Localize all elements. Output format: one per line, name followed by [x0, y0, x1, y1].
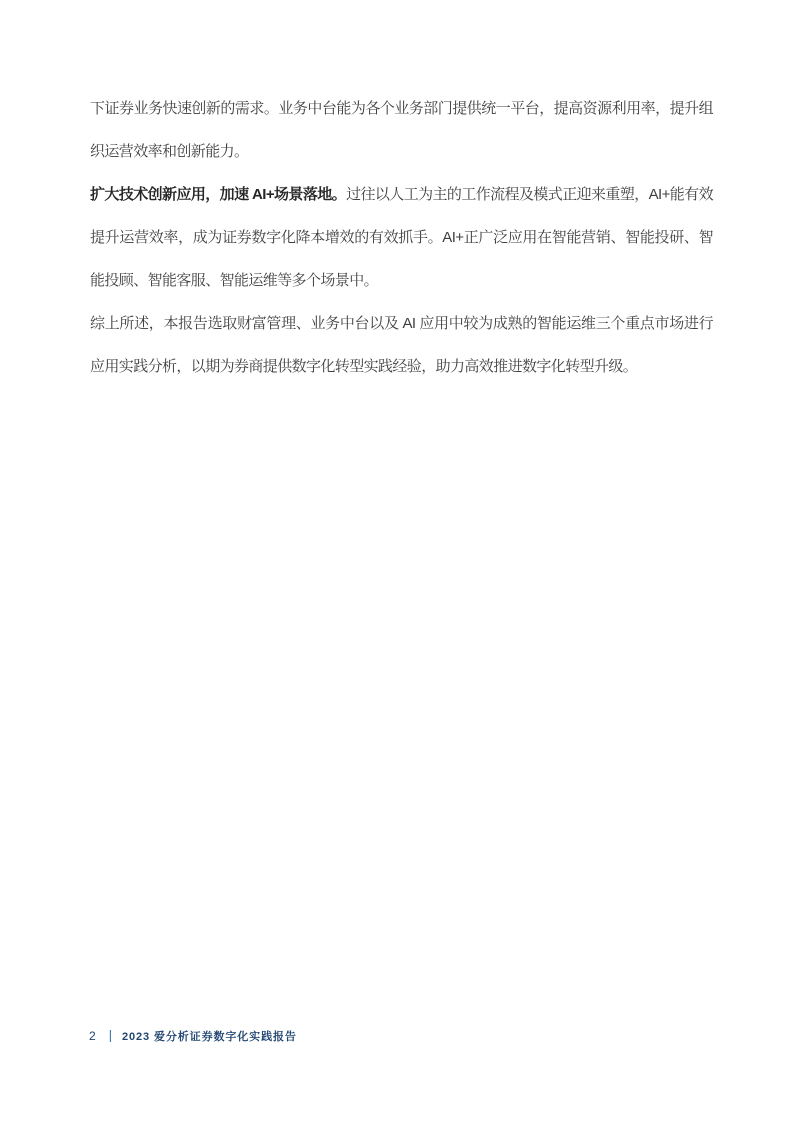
footer-report-title: 2023 爱分析证券数字化实践报告	[122, 1028, 297, 1044]
paragraph: 下证券业务快速创新的需求。业务中台能为各个业务部门提供统一平台，提高资源利用率，…	[90, 87, 713, 173]
paragraph: 扩大技术创新应用，加速 AI+场景落地。过往以人工为主的工作流程及模式正迎来重塑…	[90, 173, 713, 302]
paragraph-text: 下证券业务快速创新的需求。业务中台能为各个业务部门提供统一平台，提高资源利用率，…	[90, 100, 713, 160]
report-page: 下证券业务快速创新的需求。业务中台能为各个业务部门提供统一平台，提高资源利用率，…	[0, 0, 793, 1121]
page-footer: 2 | 2023 爱分析证券数字化实践报告	[89, 1027, 297, 1045]
footer-separator: |	[109, 1029, 112, 1043]
paragraph-text: 综上所述，本报告选取财富管理、业务中台以及 AI 应用中较为成熟的智能运维三个重…	[90, 315, 713, 375]
page-body-text: 下证券业务快速创新的需求。业务中台能为各个业务部门提供统一平台，提高资源利用率，…	[90, 87, 713, 388]
paragraph-lead: 扩大技术创新应用，加速 AI+场景落地。	[90, 186, 346, 203]
page-number: 2	[89, 1029, 96, 1043]
paragraph: 综上所述，本报告选取财富管理、业务中台以及 AI 应用中较为成熟的智能运维三个重…	[90, 302, 713, 388]
